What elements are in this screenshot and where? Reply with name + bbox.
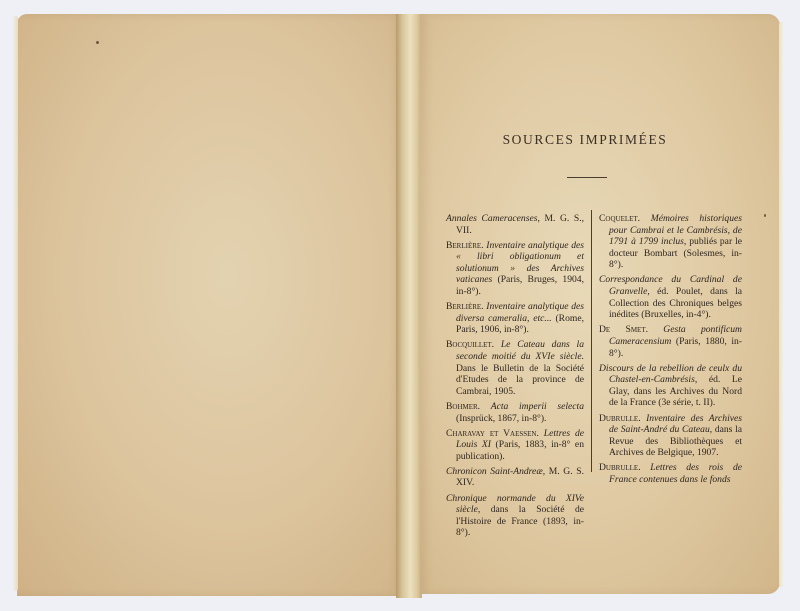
bibliography-entry: Chronique normande du XIVe siècle, dans … <box>446 493 584 539</box>
page-edge <box>779 22 784 587</box>
page-title: SOURCES IMPRIMÉES <box>420 132 750 148</box>
bibliography-column-right: Coquelet. Mémoires historiques pour Camb… <box>599 213 742 489</box>
column-divider <box>591 210 592 472</box>
bibliography-entry: Berlière. Inventaire analytique des « li… <box>446 240 584 298</box>
bibliography-entry: De Smet. Gesta pontificum Cameracensium … <box>599 324 742 359</box>
paper-speck <box>96 41 99 44</box>
bibliography-entry: Discours de la rebellion de ceulx du Cha… <box>599 363 742 409</box>
bibliography-entry: Chronicon Saint-Andreæ, M. G. S. XIV. <box>446 466 584 489</box>
left-page <box>17 14 402 596</box>
bibliography-column-left: Annales Cameracenses, M. G. S., VII. Ber… <box>446 213 584 542</box>
book-gutter <box>396 14 422 598</box>
bibliography-entry: Berlière. Inventaire analytique des dive… <box>446 301 584 336</box>
bibliography-entry: Correspondance du Cardinal de Granvelle,… <box>599 274 742 320</box>
title-rule <box>567 177 607 178</box>
bibliography-entry: Dubrulle. Lettres des rois de France con… <box>599 462 742 485</box>
bibliography-entry: Annales Cameracenses, M. G. S., VII. <box>446 213 584 236</box>
bibliography-entry: Bohmer. Acta imperii selecta (Insprück, … <box>446 401 584 424</box>
bibliography-entry: Dubrulle. Inventaire des Archives de Sai… <box>599 413 742 459</box>
bibliography-entry: Bocquillet. Le Cateau dans la seconde mo… <box>446 339 584 397</box>
bibliography-entry: Coquelet. Mémoires historiques pour Camb… <box>599 213 742 271</box>
bibliography-entry: Charavay et Vaessen. Lettres de Louis XI… <box>446 428 584 463</box>
page-edge <box>13 16 18 591</box>
paper-speck <box>764 214 766 217</box>
